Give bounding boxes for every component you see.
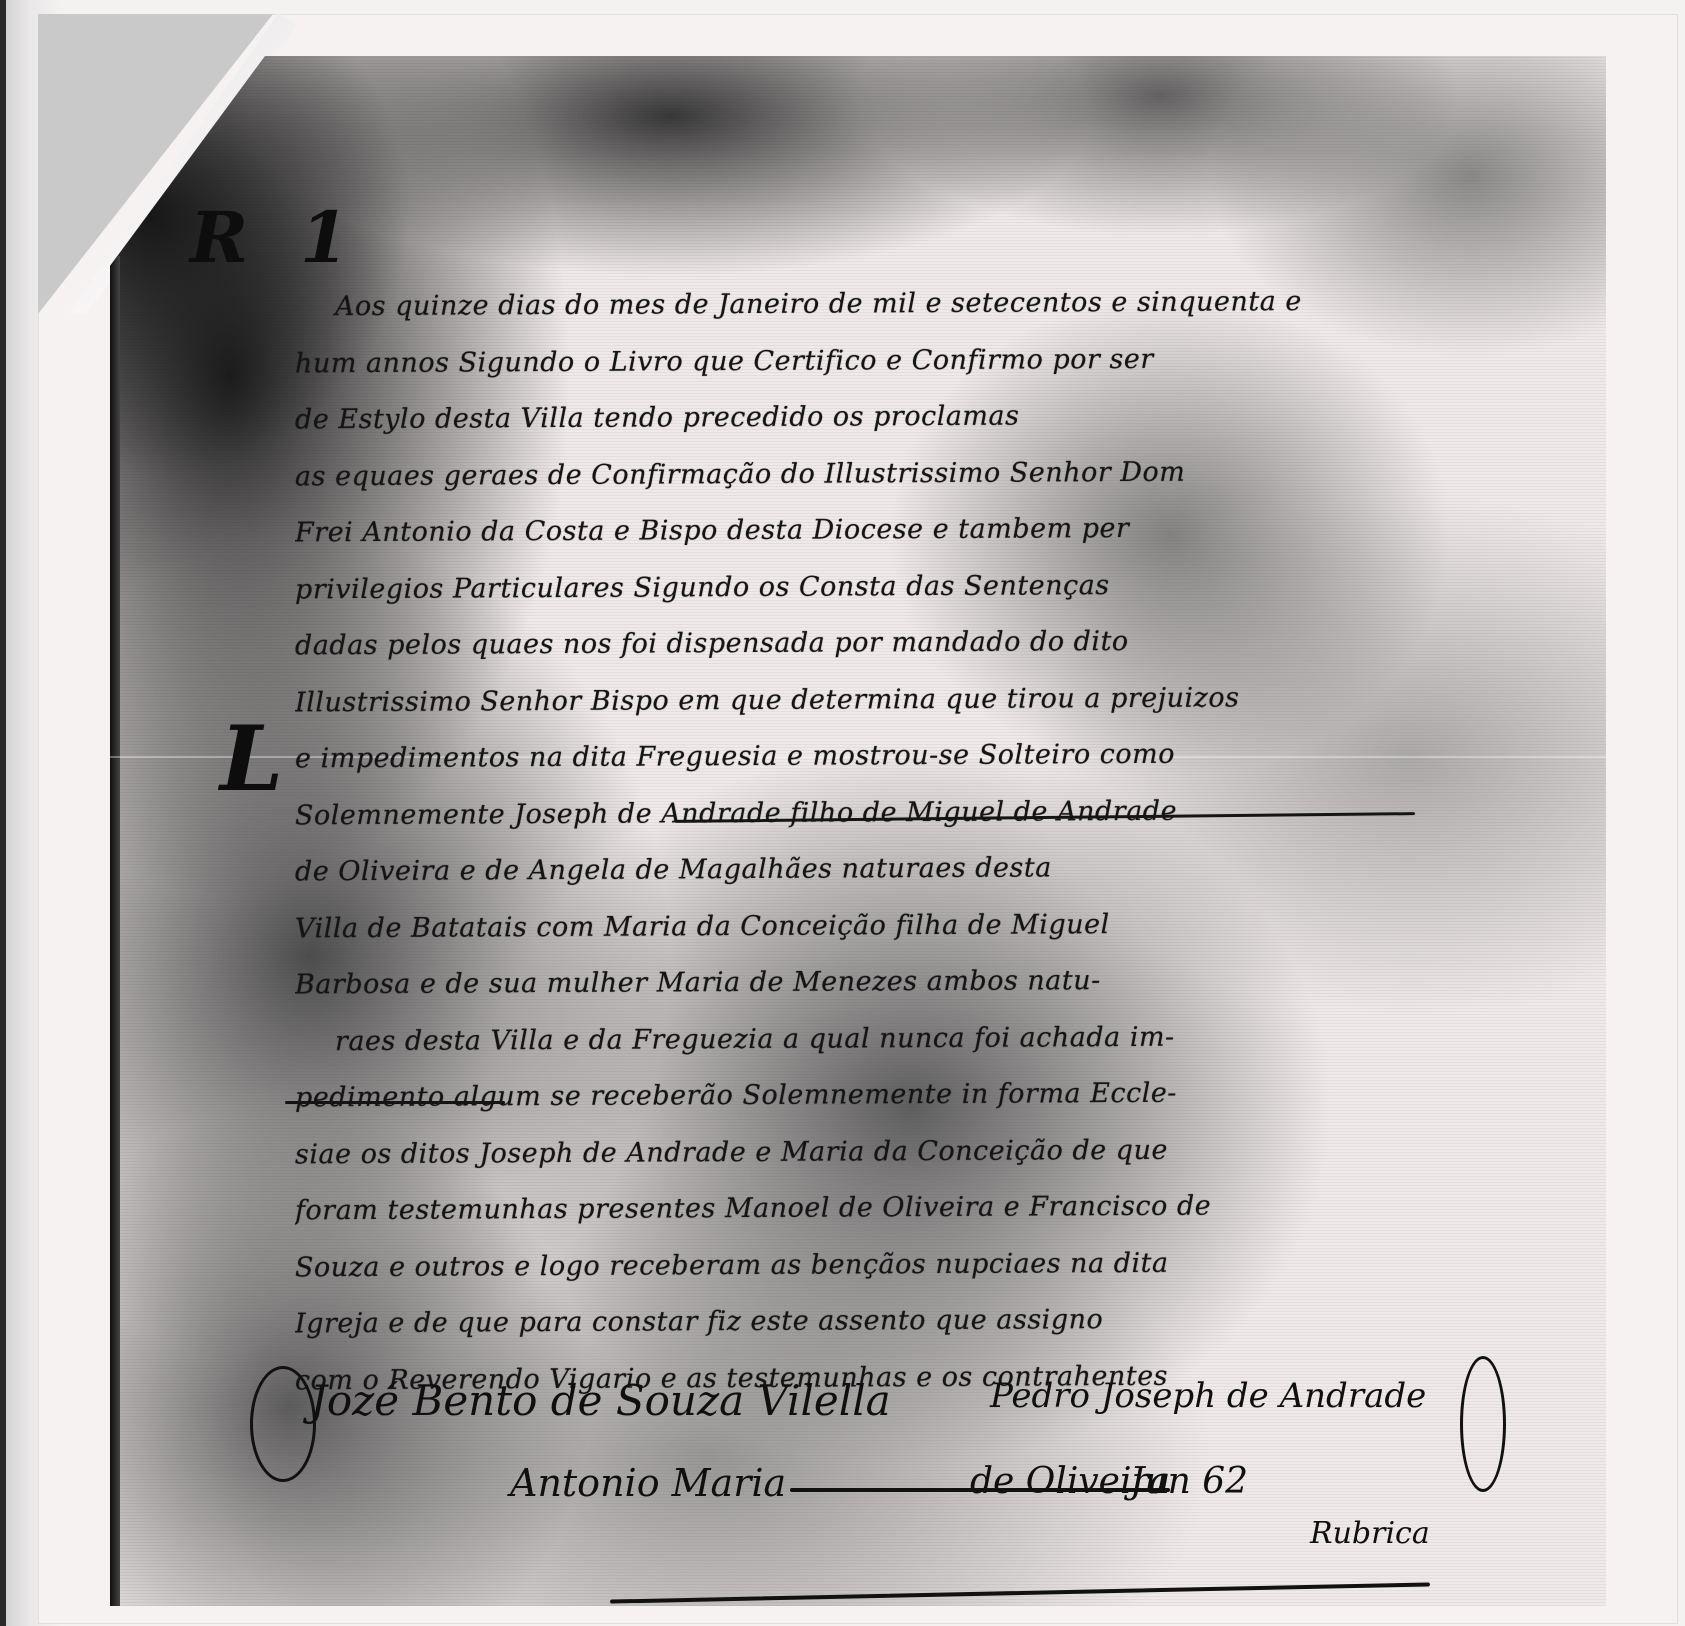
manuscript-line: foram testemunhas presentes Manoel de Ol… [295,1177,1575,1240]
signature-area: Jozé Bento de Souza Vilella Pedro Joseph… [230,1336,1530,1596]
manuscript-line: Villa de Batatais com Maria da Conceição… [295,894,1575,957]
paper-sheet: R 1 L Aos quinze dias do mes de Janeiro … [38,14,1678,1624]
manuscript-line: Barbosa e de sua mulher Maria de Menezes… [295,951,1575,1014]
signature-second-left: Antonio Maria [510,1461,786,1505]
manuscript-line: de Estylo desta Villa tendo precedido os… [295,386,1575,449]
manuscript-line: Frei Antonio da Costa e Bispo desta Dioc… [295,499,1575,562]
manuscript-line: raes desta Villa e da Freguezia a qual n… [295,1007,1575,1070]
manuscript-line: Aos quinze dias do mes de Janeiro de mil… [295,273,1575,336]
signature-right: Pedro Joseph de Andrade [990,1376,1426,1416]
manuscript-line: de Oliveira e de Angela de Magalhães nat… [295,838,1575,901]
manuscript-body: Aos quinze dias do mes de Janeiro de mil… [295,276,1575,1406]
photocopy-image: R 1 L Aos quinze dias do mes de Janeiro … [110,56,1606,1606]
right-flourish [1460,1356,1506,1492]
manuscript-line: siae os ditos Joseph de Andrade e Maria … [295,1120,1575,1183]
paragraph-stroke [285,1101,505,1104]
manuscript-line: as equaes geraes de Confirmação do Illus… [295,442,1575,505]
manuscript-line: pedimento algum se receberão Solemnement… [295,1064,1575,1127]
manuscript-line: hum annos Sigundo o Livro que Certifico … [295,329,1575,392]
manuscript-line: e impedimentos na dita Freguesia e mostr… [295,725,1575,788]
signature-left: Jozé Bento de Souza Vilella [310,1376,891,1425]
manuscript-line: privilegios Particulares Sigundo os Cons… [295,555,1575,618]
margin-mark-1: 1 [300,196,349,279]
scanner-edge [0,0,6,1626]
signature-underline [790,1488,1170,1492]
manuscript-line: Souza e outros e logo receberam as bençã… [295,1233,1575,1296]
manuscript-line: dadas pelos quaes nos foi dispensada por… [295,612,1575,675]
margin-mark-l: L [220,706,283,812]
signature-flourish [250,1366,316,1482]
margin-mark-r: R [190,196,248,279]
signature-date: Jun 62 [1130,1461,1248,1502]
manuscript-line: Illustrissimo Senhor Bispo em que determ… [295,668,1575,731]
closing-rubric: Rubrica [1310,1516,1430,1551]
left-margin-rule [110,256,120,1606]
